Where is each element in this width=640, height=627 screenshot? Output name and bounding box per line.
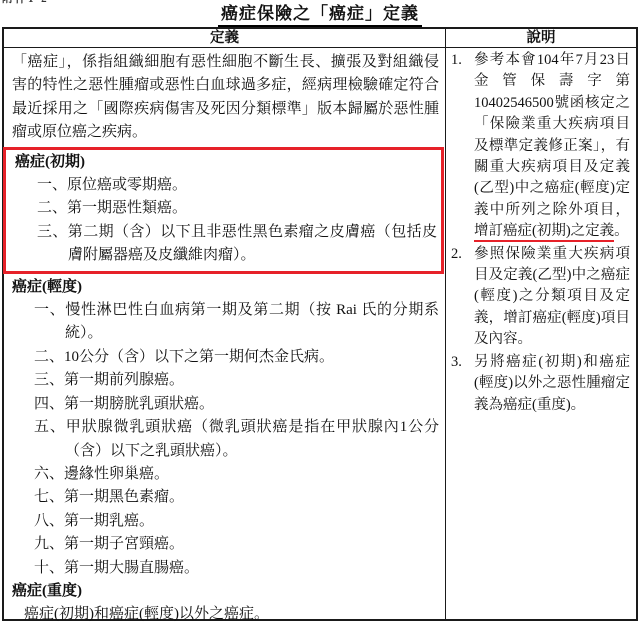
- list-item: 二、第一期惡性類癌。: [37, 197, 437, 220]
- page-corner-label: 附件1-2: [2, 0, 62, 4]
- definition-table: 定義 說明 「癌症」，係指組織細胞有惡性細胞不斷生長、擴張及對組織侵害的特性之惡…: [2, 27, 638, 621]
- definition-header-cell: 定義: [4, 29, 445, 47]
- section-heading-severe: 癌症(重度): [12, 580, 439, 603]
- note-number: 2.: [451, 244, 462, 265]
- attachment-label: 附件1-2: [2, 0, 62, 4]
- table-header-row: 定義 說明: [4, 29, 636, 48]
- list-item: 一、慢性淋巴性白血病第一期及第二期（按 Rai 氏的分期系統）。: [34, 299, 439, 346]
- list-item: 八、第一期乳癌。: [34, 510, 439, 533]
- list-item: 四、第一期膀胱乳頭狀癌。: [34, 393, 439, 416]
- note-text: 參照保險業重大疾病項目及定義(乙型)中之癌症(輕度)之分類項目及定義，增訂癌症(…: [474, 246, 630, 348]
- title-row: 癌症保險之「癌症」定義: [0, 0, 640, 25]
- list-item: 十、第一期大腸直腸癌。: [34, 557, 439, 580]
- page-title: 癌症保險之「癌症」定義: [218, 5, 422, 27]
- list-item: 九、第一期子宮頸癌。: [34, 533, 439, 556]
- list-item: 一、原位癌或零期癌。: [37, 174, 437, 197]
- note-text: 另將癌症(初期)和癌症(輕度)以外之惡性腫瘤定義為癌症(重度)。: [474, 354, 630, 413]
- table-body-row: 「癌症」，係指組織細胞有惡性細胞不斷生長、擴張及對組織侵害的特性之惡性腫瘤或惡性…: [4, 48, 636, 619]
- note-number: 3.: [451, 352, 462, 373]
- explanation-column: 1.參考本會104年7月23日金管保壽字第10402546500號函核定之「保險…: [445, 48, 636, 619]
- document-page: 附件1-2 癌症保險之「癌症」定義 定義 說明 「癌症」，係指組織細胞有惡性細胞…: [0, 0, 640, 627]
- note-number: 1.: [451, 50, 462, 71]
- list-item: 二、10公分（含）以下之第一期何杰金氏病。: [34, 346, 439, 369]
- definition-intro: 「癌症」，係指組織細胞有惡性細胞不斷生長、擴張及對組織侵害的特性之惡性腫瘤或惡性…: [12, 51, 439, 145]
- definition-column: 「癌症」，係指組織細胞有惡性細胞不斷生長、擴張及對組織侵害的特性之惡性腫瘤或惡性…: [4, 48, 445, 619]
- note-text: 。: [614, 223, 629, 239]
- red-underline-emphasis: 增訂癌症(初期)之定義: [474, 223, 614, 242]
- initial-stage-highlight-box: 癌症(初期) 一、原位癌或零期癌。 二、第一期惡性類癌。 三、第二期（含）以下且…: [3, 147, 444, 274]
- list-item: 五、甲狀腺微乳頭狀癌（微乳頭狀癌是指在甲狀腺內1公分（含）以下之乳頭狀癌）。: [34, 416, 439, 463]
- section-heading-initial: 癌症(初期): [15, 151, 437, 174]
- list-item: 六、邊緣性卵巢癌。: [34, 463, 439, 486]
- explanation-note: 1.參考本會104年7月23日金管保壽字第10402546500號函核定之「保險…: [451, 50, 630, 243]
- section-heading-mild: 癌症(輕度): [12, 276, 439, 299]
- explanation-header-cell: 說明: [445, 29, 636, 47]
- list-item: 三、第一期前列腺癌。: [34, 369, 439, 392]
- explanation-note: 2.參照保險業重大疾病項目及定義(乙型)中之癌症(輕度)之分類項目及定義，增訂癌…: [451, 244, 630, 351]
- list-item: 三、第二期（含）以下且非惡性黑色素瘤之皮膚癌（包括皮膚附屬器癌及皮纖維肉瘤）。: [37, 221, 437, 268]
- explanation-note: 3.另將癌症(初期)和癌症(輕度)以外之惡性腫瘤定義為癌症(重度)。: [451, 352, 630, 416]
- list-item: 七、第一期黑色素瘤。: [34, 486, 439, 509]
- note-text: 參考本會104年7月23日金管保壽字第10402546500號函核定之「保險業重…: [474, 52, 630, 218]
- severe-definition-text: 癌症(初期)和癌症(輕度)以外之癌症。: [24, 603, 439, 626]
